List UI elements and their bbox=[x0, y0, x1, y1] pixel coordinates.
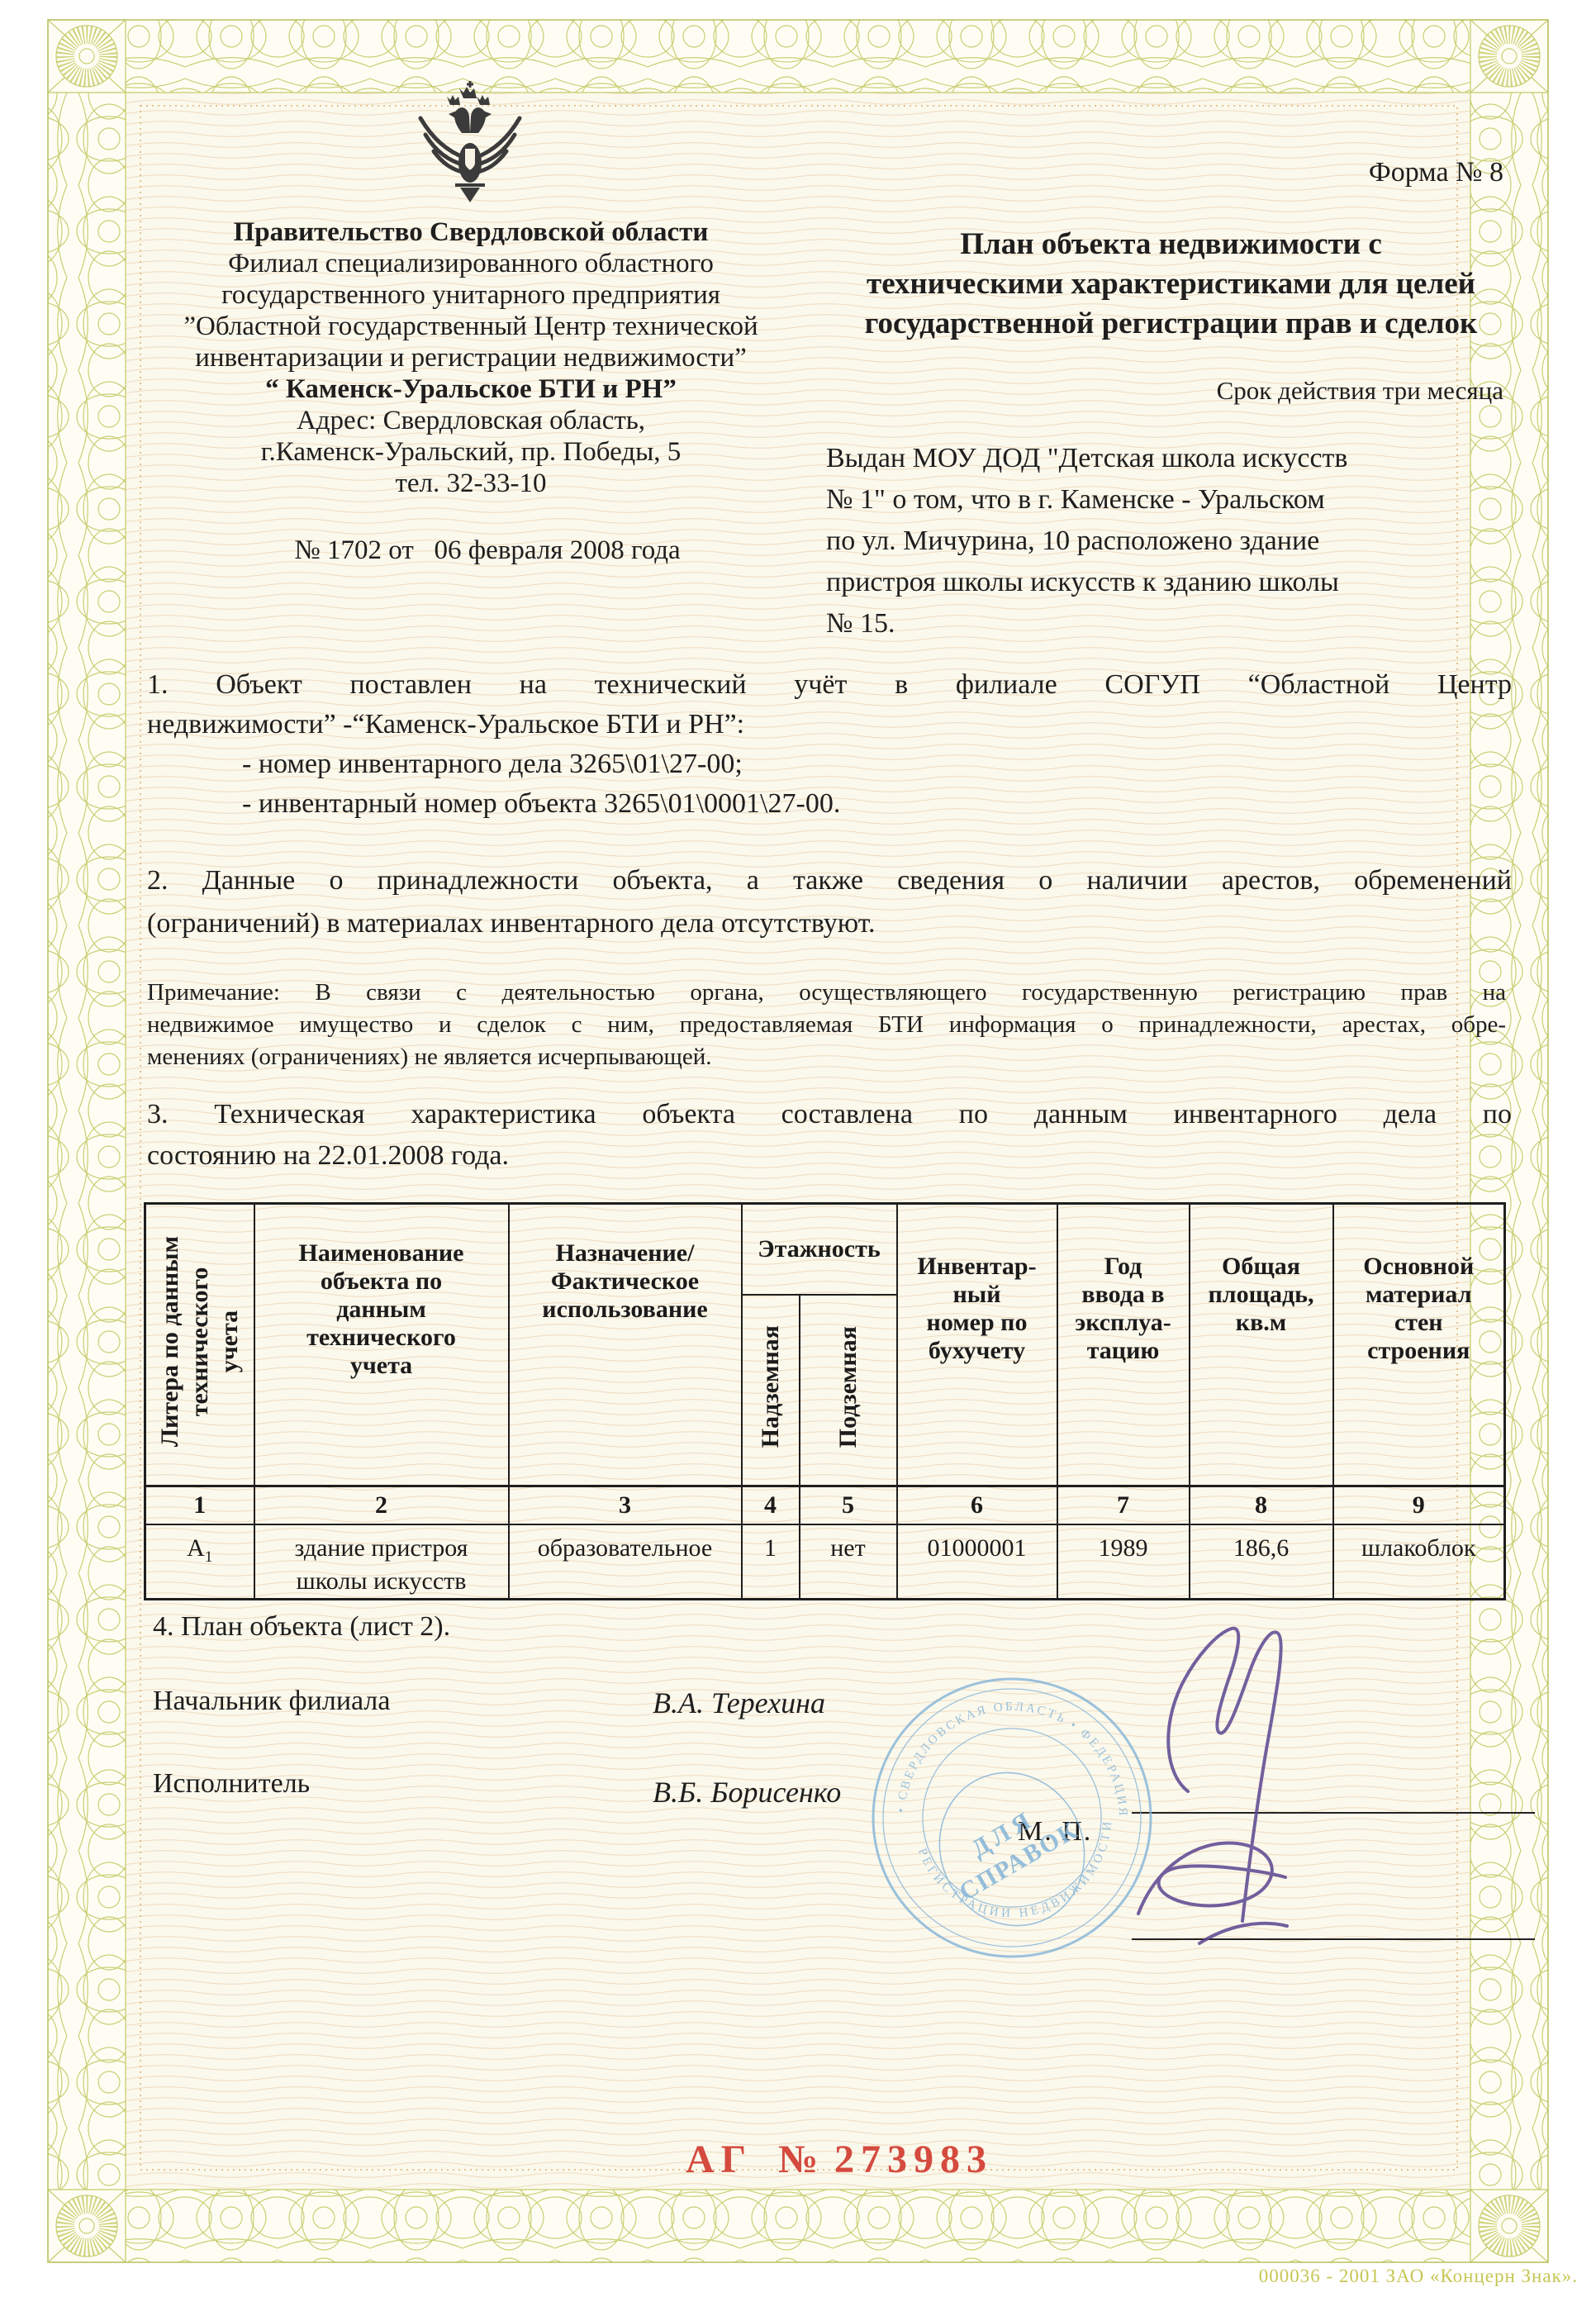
header-floors-below: Подземная bbox=[800, 1295, 897, 1486]
coat-of-arms-eagle-icon bbox=[407, 78, 533, 212]
signature-line-2 bbox=[1132, 1938, 1535, 1940]
validity-label: Срок действия три месяца bbox=[1157, 376, 1503, 406]
document-number: № 1702 от 06 февраля 2008 года bbox=[198, 535, 777, 566]
paragraph-1-item-2: - инвентарный номер объекта 3265\01\0001… bbox=[147, 784, 1596, 824]
form-number-label: Форма № 8 bbox=[1239, 157, 1503, 188]
cell-wall-material: шлакоблок bbox=[1333, 1524, 1505, 1600]
header-purpose: Назначение/ Фактическое использование bbox=[509, 1204, 742, 1486]
paragraph-3-line-1: 3. Техническая характеристика объекта со… bbox=[147, 1095, 1512, 1134]
header-object-name: Наименование объекта по данным техническ… bbox=[254, 1204, 509, 1486]
header-litera: Литера по данным технического учета bbox=[145, 1204, 254, 1486]
serial-prefix: АГ bbox=[686, 2137, 753, 2182]
paragraph-1-item-1: - номер инвентарного дела 3265\01\27-00; bbox=[147, 744, 1596, 784]
paragraph-1-line-1: 1. Объект поставлен на технический учёт … bbox=[147, 665, 1512, 705]
serial-number-sign: № bbox=[778, 2137, 818, 2182]
signatory-role-1: Начальник филиала bbox=[153, 1686, 391, 1717]
header-inventory-number: Инвентар- ный номер по бухучету bbox=[897, 1204, 1057, 1486]
cell-inventory-number: 01000001 bbox=[897, 1524, 1057, 1600]
printer-note: 000036 - 2001 ЗАО «Концерн Знак». bbox=[1157, 2266, 1578, 2287]
issuer-address: Адрес: Свердловская область, г.Каменск-У… bbox=[165, 405, 777, 499]
issuer-branch-name: “ Каменск-Уральское БТИ и РН” bbox=[165, 373, 777, 405]
issuer-org-lines: Филиал специализированного областного го… bbox=[165, 248, 777, 373]
note-line-3: менениях (ограничениях) не является исче… bbox=[147, 1041, 1506, 1073]
document-page: Правительство Свердловской области Филиа… bbox=[0, 0, 1596, 2297]
table-row: А1 здание пристроя школы искусств образо… bbox=[145, 1524, 1505, 1600]
header-wall-material: Основной материал стен строения bbox=[1333, 1204, 1505, 1486]
issuer-title: Правительство Свердловской области bbox=[165, 216, 777, 248]
note-line-1: Примечание: В связи с деятельностью орга… bbox=[147, 977, 1506, 1009]
signatory-role-2: Исполнитель bbox=[153, 1768, 310, 1800]
cell-litera: А1 bbox=[145, 1524, 254, 1600]
cell-object-name: здание пристроя школы искусств bbox=[254, 1524, 509, 1600]
header-year: Год ввода в эксплуа- тацию bbox=[1057, 1204, 1190, 1486]
cell-floors-below: нет bbox=[800, 1524, 897, 1600]
tech-characteristics-table: Литера по данным технического учета Наим… bbox=[144, 1202, 1506, 1600]
issued-to-paragraph: Выдан МОУ ДОД "Детская школа искусств № … bbox=[826, 438, 1520, 644]
header-floors-above: Надземная bbox=[742, 1295, 800, 1486]
cell-area: 186,6 bbox=[1190, 1524, 1333, 1600]
cell-purpose: образовательное bbox=[509, 1524, 742, 1600]
document-title: План объекта недвижимости с техническими… bbox=[830, 225, 1512, 344]
signatory-name-2: В.Б. Борисенко bbox=[653, 1775, 841, 1810]
note-line-2: недвижимое имущество и сделок с ним, пре… bbox=[147, 1009, 1506, 1041]
header-area: Общая площадь, кв.м bbox=[1190, 1204, 1333, 1486]
paragraph-2-line-1: 2. Данные о принадлежности объекта, а та… bbox=[147, 861, 1512, 901]
signatory-name-1: В.А. Терехина bbox=[653, 1686, 825, 1720]
paragraph-2-line-2: (ограничений) в материалах инвентарного … bbox=[147, 904, 1512, 944]
round-stamp: • СВЕРДЛОВСКАЯ ОБЛАСТЬ • ФЕДЕРАЦИЯ • РЕГ… bbox=[855, 1661, 1177, 1983]
section-4-label: 4. План объекта (лист 2). bbox=[153, 1611, 450, 1643]
paragraph-1-line-2: недвижимости” -“Каменск-Уральское БТИ и … bbox=[147, 705, 1512, 744]
cell-floors-above: 1 bbox=[742, 1524, 800, 1600]
signature-line-1 bbox=[1132, 1812, 1535, 1814]
cell-year: 1989 bbox=[1057, 1524, 1190, 1600]
header-floors: Этажность bbox=[742, 1204, 897, 1295]
paragraph-3-line-2: состоянию на 22.01.2008 года. bbox=[147, 1136, 1512, 1176]
serial-digits: 273983 bbox=[834, 2137, 993, 2182]
column-index-row: 12 34 56 78 9 bbox=[145, 1486, 1505, 1524]
